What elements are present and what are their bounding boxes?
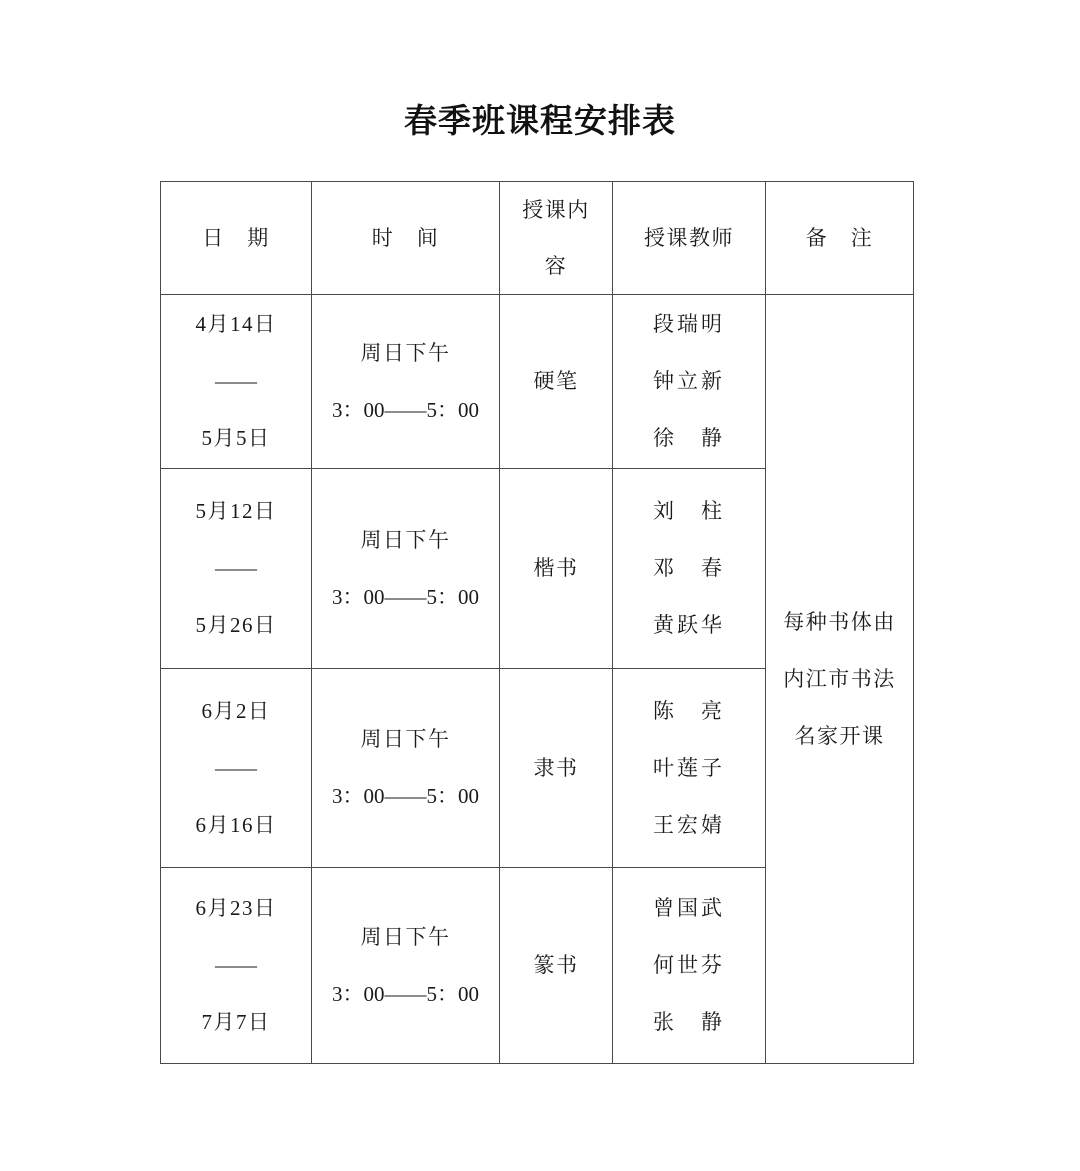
time-cell: 周日下午 3：00——5：00 (312, 295, 500, 469)
date-range-dash: —— (161, 540, 311, 597)
header-content-label: 授课内容 (521, 182, 591, 294)
teachers-cell: 陈 亮 叶莲子 王宏婧 (613, 669, 766, 868)
date-cell: 6月23日 —— 7月7日 (161, 868, 312, 1064)
header-time-label: 时 间 (312, 210, 499, 267)
time-cell: 周日下午 3：00——5：00 (312, 469, 500, 669)
header-cell-teachers: 授课教师 (613, 182, 766, 295)
content-cell: 楷书 (500, 469, 613, 669)
time-hours: 3：00——5：00 (312, 382, 499, 439)
remarks-text-line: 名家开课 (766, 708, 913, 765)
header-cell-date: 日 期 (161, 182, 312, 295)
time-cell: 周日下午 3：00——5：00 (312, 868, 500, 1064)
date-end: 5月5日 (161, 410, 311, 467)
teacher-name: 王宏婧 (613, 797, 765, 854)
teacher-name: 邓 春 (613, 540, 765, 597)
header-cell-content: 授课内容 (500, 182, 613, 295)
date-range-dash: —— (161, 353, 311, 410)
header-date-label: 日 期 (161, 210, 311, 267)
teacher-name: 段瑞明 (613, 296, 765, 353)
remarks-cell: 每种书体由 内江市书法 名家开课 (766, 295, 914, 1064)
date-range-dash: —— (161, 740, 311, 797)
teacher-name: 何世芬 (613, 937, 765, 994)
header-remarks-label: 备 注 (766, 210, 913, 267)
table-header-row: 日 期 时 间 授课内容 授课教师 备 注 (161, 182, 914, 295)
date-start: 5月12日 (161, 483, 311, 540)
teacher-name: 曾国武 (613, 880, 765, 937)
time-day: 周日下午 (312, 325, 499, 382)
teachers-cell: 曾国武 何世芬 张 静 (613, 868, 766, 1064)
page-title: 春季班课程安排表 (0, 95, 1080, 142)
time-hours: 3：00——5：00 (312, 768, 499, 825)
time-hours: 3：00——5：00 (312, 569, 499, 626)
teacher-name: 徐 静 (613, 410, 765, 467)
date-start: 4月14日 (161, 296, 311, 353)
remarks-text-line: 内江市书法 (766, 651, 913, 708)
teacher-name: 刘 柱 (613, 483, 765, 540)
date-cell: 4月14日 —— 5月5日 (161, 295, 312, 469)
time-day: 周日下午 (312, 711, 499, 768)
teacher-name: 陈 亮 (613, 683, 765, 740)
content-label: 篆书 (500, 937, 612, 994)
content-cell: 篆书 (500, 868, 613, 1064)
course-schedule-table: 日 期 时 间 授课内容 授课教师 备 注 4月14日 —— 5月5日 周日下午… (160, 181, 914, 1064)
date-end: 7月7日 (161, 994, 311, 1051)
remarks-text-line: 每种书体由 (766, 594, 913, 651)
date-start: 6月2日 (161, 683, 311, 740)
table-row: 4月14日 —— 5月5日 周日下午 3：00——5：00 硬笔 段瑞明 钟立新… (161, 295, 914, 469)
date-cell: 6月2日 —— 6月16日 (161, 669, 312, 868)
date-end: 6月16日 (161, 797, 311, 854)
teacher-name: 黄跃华 (613, 597, 765, 654)
teacher-name: 钟立新 (613, 353, 765, 410)
time-cell: 周日下午 3：00——5：00 (312, 669, 500, 868)
header-cell-remarks: 备 注 (766, 182, 914, 295)
date-range-dash: —— (161, 937, 311, 994)
content-label: 隶书 (500, 740, 612, 797)
content-label: 楷书 (500, 540, 612, 597)
header-cell-time: 时 间 (312, 182, 500, 295)
content-label: 硬笔 (500, 353, 612, 410)
time-day: 周日下午 (312, 512, 499, 569)
content-cell: 隶书 (500, 669, 613, 868)
time-hours: 3：00——5：00 (312, 966, 499, 1023)
date-cell: 5月12日 —— 5月26日 (161, 469, 312, 669)
teachers-cell: 刘 柱 邓 春 黄跃华 (613, 469, 766, 669)
teacher-name: 张 静 (613, 994, 765, 1051)
teacher-name: 叶莲子 (613, 740, 765, 797)
date-start: 6月23日 (161, 880, 311, 937)
date-end: 5月26日 (161, 597, 311, 654)
time-day: 周日下午 (312, 909, 499, 966)
content-cell: 硬笔 (500, 295, 613, 469)
header-teachers-label: 授课教师 (613, 210, 765, 267)
teachers-cell: 段瑞明 钟立新 徐 静 (613, 295, 766, 469)
